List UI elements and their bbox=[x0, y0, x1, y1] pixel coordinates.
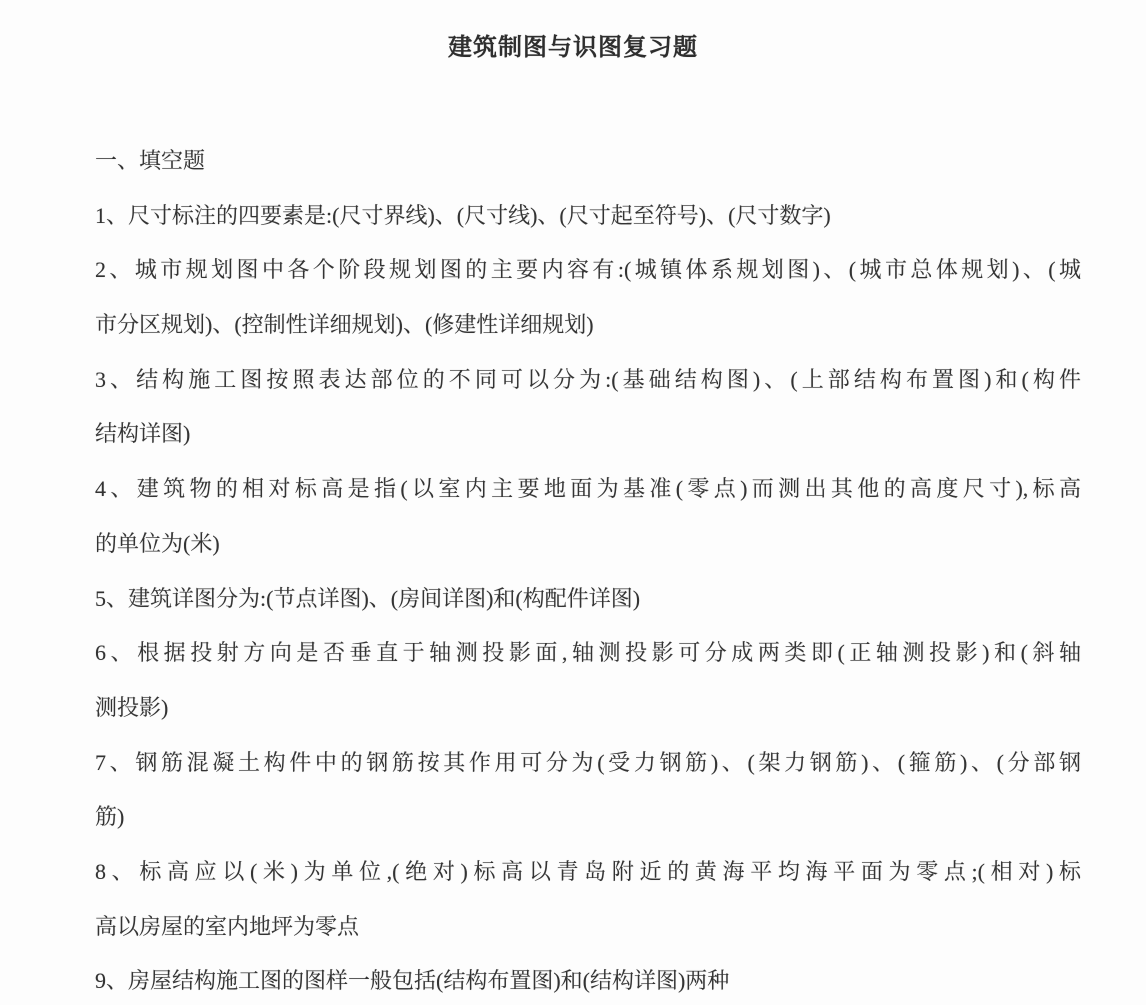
document-line-4: 市分区规划)、(控制性详细规划)、(修建性详细规划) bbox=[95, 298, 1081, 353]
document-line-13: 筋) bbox=[95, 790, 1081, 845]
document-line-11: 测投影) bbox=[95, 681, 1081, 736]
document-body: 一、填空题1、尺寸标注的四要素是:(尺寸界线)、(尺寸线)、(尺寸起至符号)、(… bbox=[95, 134, 1081, 1005]
document-line-1: 一、填空题 bbox=[95, 134, 1081, 189]
document-line-2: 1、尺寸标注的四要素是:(尺寸界线)、(尺寸线)、(尺寸起至符号)、(尺寸数字) bbox=[95, 189, 1081, 244]
document-line-15: 高以房屋的室内地坪为零点 bbox=[95, 900, 1081, 955]
document-line-7: 4、建筑物的相对标高是指(以室内主要地面为基准(零点)而测出其他的高度尺寸),标… bbox=[95, 462, 1081, 517]
document-title: 建筑制图与识图复习题 bbox=[0, 32, 1146, 64]
document-line-14: 8、标高应以(米)为单位,(绝对)标高以青岛附近的黄海平均海平面为零点;(相对)… bbox=[95, 845, 1081, 900]
document-page: 建筑制图与识图复习题 一、填空题1、尺寸标注的四要素是:(尺寸界线)、(尺寸线)… bbox=[0, 0, 1146, 1005]
document-line-6: 结构详图) bbox=[95, 407, 1081, 462]
document-line-3: 2、城市规划图中各个阶段规划图的主要内容有:(城镇体系规划图)、(城市总体规划)… bbox=[95, 243, 1081, 298]
document-line-10: 6、根据投射方向是否垂直于轴测投影面,轴测投影可分成两类即(正轴测投影)和(斜轴 bbox=[95, 626, 1081, 681]
document-line-12: 7、钢筋混凝土构件中的钢筋按其作用可分为(受力钢筋)、(架力钢筋)、(箍筋)、(… bbox=[95, 736, 1081, 791]
document-line-5: 3、结构施工图按照表达部位的不同可以分为:(基础结构图)、(上部结构布置图)和(… bbox=[95, 353, 1081, 408]
document-line-16: 9、房屋结构施工图的图样一般包括(结构布置图)和(结构详图)两种 bbox=[95, 954, 1081, 1005]
document-line-8: 的单位为(米) bbox=[95, 517, 1081, 572]
document-line-9: 5、建筑详图分为:(节点详图)、(房间详图)和(构配件详图) bbox=[95, 572, 1081, 627]
